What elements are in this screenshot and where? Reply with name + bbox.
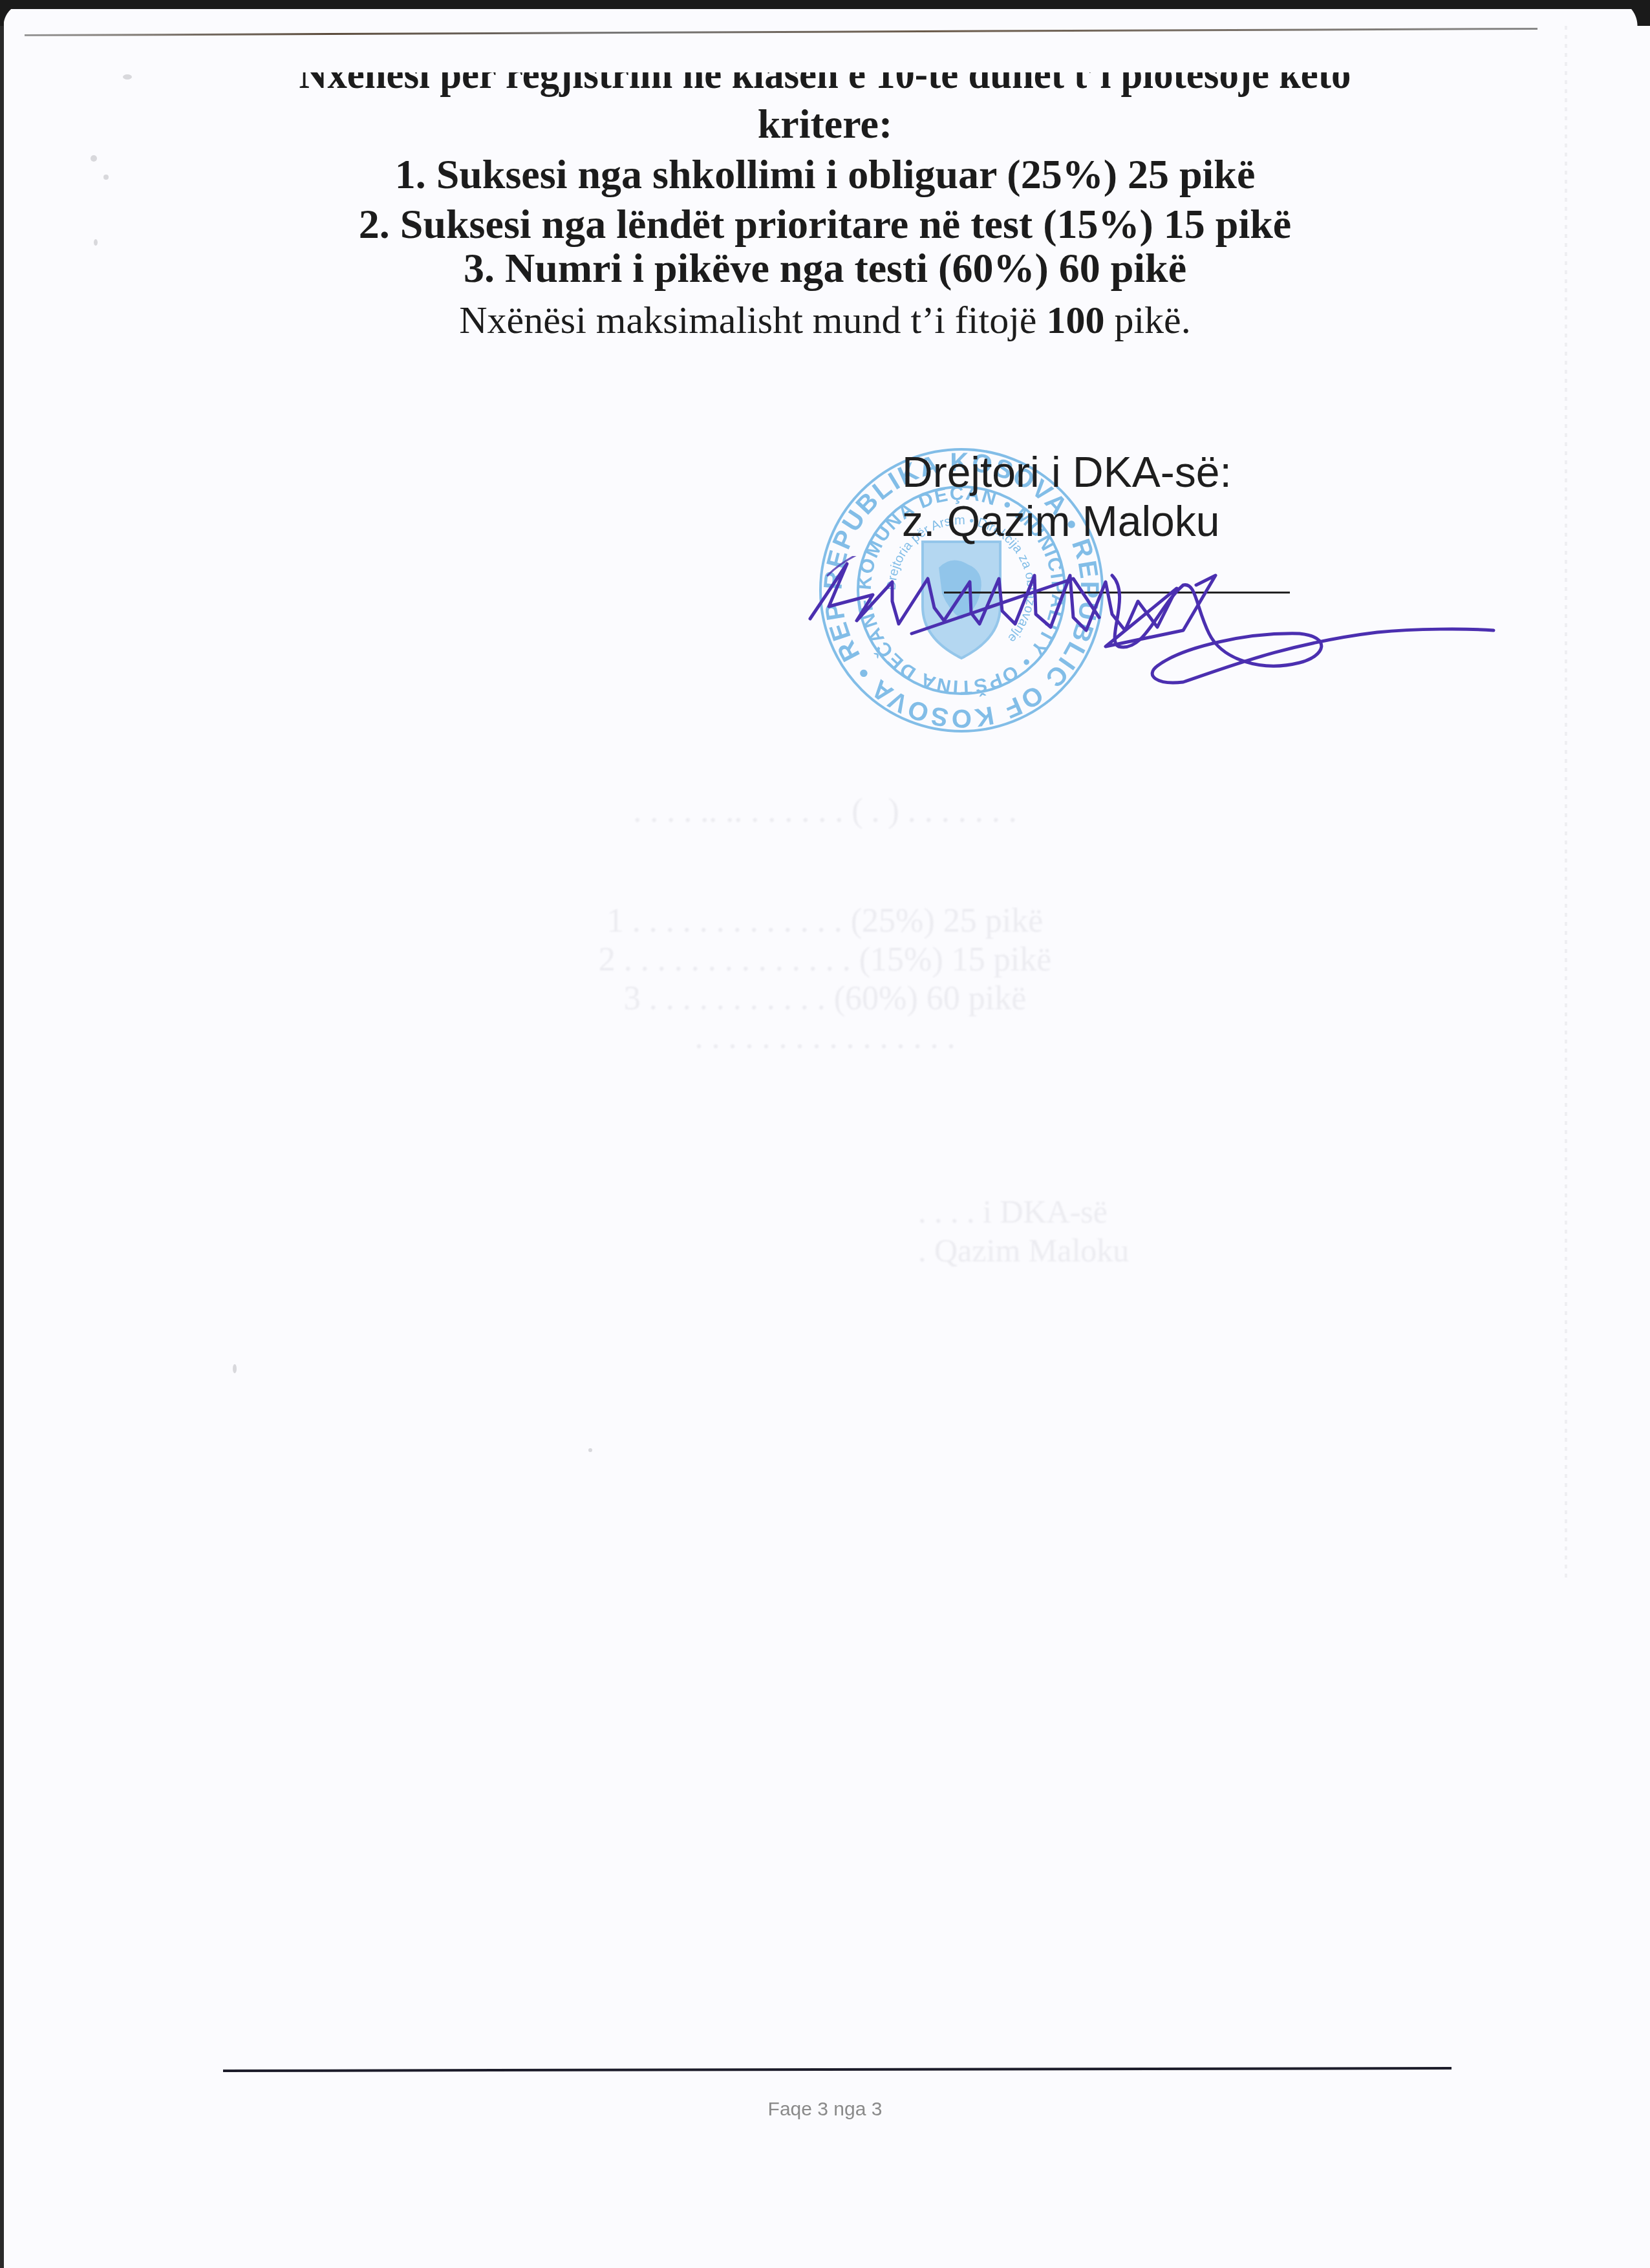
intro-line: Nxënësi për regjistrim në klasën e 10-të…: [66, 72, 1584, 96]
scan-border-left: [0, 0, 4, 2268]
max-points-prefix: Nxënësi maksimalisht mund t’i fitojë: [459, 299, 1046, 341]
max-points-suffix: pikë.: [1104, 299, 1190, 341]
signatory-title: Drejtori i DKA-së:: [902, 447, 1232, 497]
bleed-through-text: 3 . . . . . . . . . . . (60%) 60 pikë: [0, 979, 1650, 1018]
criterion-1: 1. Suksesi nga shkollimi i obliguar (25%…: [0, 154, 1650, 195]
bleed-through-text: 1 . . . . . . . . . . . . . (25%) 25 pik…: [0, 902, 1650, 940]
max-points-line: Nxënësi maksimalisht mund t’i fitojë 100…: [0, 301, 1650, 339]
signature-block: Drejtori i DKA-së: z. Qazim Maloku: [902, 447, 1232, 546]
intro-line-clipped: Nxënësi për regjistrim në klasën e 10-të…: [0, 72, 1650, 105]
paper-speck: [233, 1364, 237, 1373]
paper-speck: [588, 1448, 592, 1452]
scan-corner: [0, 0, 26, 26]
signatory-name: z. Qazim Maloku: [902, 497, 1232, 546]
criterion-2: 2. Suksesi nga lëndët prioritare në test…: [0, 204, 1650, 245]
page-number: Faqe 3 nga 3: [0, 2099, 1650, 2121]
intro-line-end: kritere:: [0, 103, 1650, 145]
handwritten-signature-icon: [795, 556, 1571, 724]
scan-corner: [1611, 0, 1650, 26]
bleed-through-text: . . . . i DKA-së: [918, 1193, 1306, 1230]
footer-rule: [223, 2067, 1452, 2072]
bleed-through-text: 2 . . . . . . . . . . . . . . (15%) 15 p…: [0, 941, 1650, 979]
max-points-value: 100: [1046, 299, 1104, 341]
bleed-through-text: . . . . .. .. . . . . . . ( . ) . . . . …: [0, 792, 1650, 830]
paper-edge: [25, 28, 1537, 36]
scan-border: [0, 0, 1650, 9]
bleed-through-text: . . . . . . . . . . . . . . . .: [0, 1018, 1650, 1056]
criterion-3: 3. Numri i pikëve nga testi (60%) 60 pik…: [0, 248, 1650, 289]
bleed-through-text: . Qazim Maloku: [918, 1232, 1306, 1269]
